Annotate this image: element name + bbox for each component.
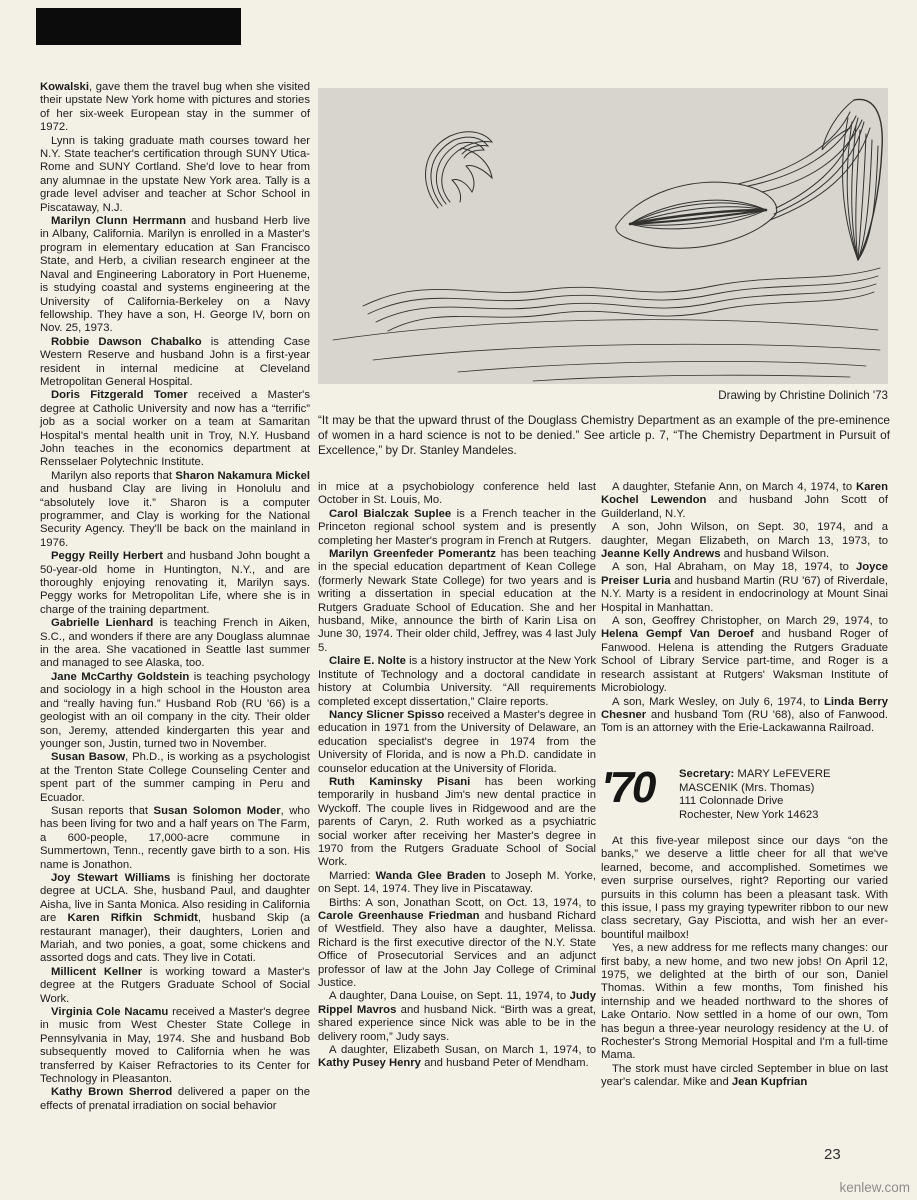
middle-column: in mice at a psychobiology conference he…	[318, 481, 596, 1071]
paragraph: Ruth Kaminsky Pisani has been working te…	[318, 776, 596, 870]
pull-quote: “It may be that the upward thrust of the…	[318, 413, 890, 457]
paragraph: A son, Hal Abraham, on May 18, 1974, to …	[601, 561, 888, 615]
paragraph: Joy Stewart Williams is finishing her do…	[40, 872, 310, 966]
paragraph: Gabrielle Lienhard is teaching French in…	[40, 617, 310, 671]
class-year-heading: '70	[601, 768, 679, 808]
paragraph: Susan reports that Susan Solomon Moder, …	[40, 805, 310, 872]
class-70-section-header: '70 Secretary: MARY LeFEVEREMASCENIK (Mr…	[601, 768, 888, 823]
paragraph: Secretary: MARY LeFEVERE	[679, 768, 831, 782]
paragraph: Kowalski, gave them the travel bug when …	[40, 81, 310, 135]
paragraph: Kathy Brown Sherrod delivered a paper on…	[40, 1086, 310, 1113]
abstract-line-drawing	[318, 88, 888, 384]
artwork-figure	[318, 88, 888, 384]
paragraph: MASCENIK (Mrs. Thomas)	[679, 782, 831, 796]
paragraph: The stork must have circled September in…	[601, 1063, 888, 1090]
paragraph: Nancy Slicner Spisso received a Master's…	[318, 709, 596, 776]
paragraph: A daughter, Dana Louise, on Sept. 11, 19…	[318, 990, 596, 1044]
paragraph: 111 Colonnade Drive	[679, 795, 831, 809]
paragraph: Jane McCarthy Goldstein is teaching psyc…	[40, 671, 310, 751]
paragraph: Rochester, New York 14623	[679, 809, 831, 823]
births-continued: A daughter, Stefanie Ann, on March 4, 19…	[601, 481, 888, 736]
paragraph: Susan Basow, Ph.D., is working as a psyc…	[40, 751, 310, 805]
paragraph: Robbie Dawson Chabalko is attending Case…	[40, 336, 310, 390]
paragraph: in mice at a psychobiology conference he…	[318, 481, 596, 508]
paragraph: At this five-year milepost since our day…	[601, 835, 888, 942]
right-column: A daughter, Stefanie Ann, on March 4, 19…	[601, 481, 888, 1090]
paragraph: Doris Fitzgerald Tomer received a Master…	[40, 389, 310, 469]
artwork-caption: Drawing by Christine Dolinich '73	[318, 389, 888, 402]
watermark: kenlew.com	[839, 1180, 910, 1195]
paragraph: Marilyn Clunn Herrmann and husband Herb …	[40, 215, 310, 336]
page-number: 23	[824, 1146, 841, 1163]
paragraph: Marilyn also reports that Sharon Nakamur…	[40, 470, 310, 550]
left-column: Kowalski, gave them the travel bug when …	[40, 81, 310, 1113]
paragraph: A son, John Wilson, on Sept. 30, 1974, a…	[601, 521, 888, 561]
paragraph: Claire E. Nolte is a history instructor …	[318, 655, 596, 709]
paragraph: Virginia Cole Nacamu received a Master's…	[40, 1006, 310, 1086]
paragraph: Carol Bialczak Suplee is a French teache…	[318, 508, 596, 548]
paragraph: Peggy Reilly Herbert and husband John bo…	[40, 550, 310, 617]
secretary-block: Secretary: MARY LeFEVEREMASCENIK (Mrs. T…	[679, 768, 831, 823]
paragraph: Marilyn Greenfeder Pomerantz has been te…	[318, 548, 596, 655]
paragraph: A daughter, Stefanie Ann, on March 4, 19…	[601, 481, 888, 521]
paragraph: Lynn is taking graduate math courses tow…	[40, 135, 310, 215]
top-black-bar	[36, 8, 241, 45]
paragraph: Millicent Kellner is working toward a Ma…	[40, 966, 310, 1006]
class-70-news: At this five-year milepost since our day…	[601, 835, 888, 1090]
paragraph: Yes, a new address for me reflects many …	[601, 942, 888, 1063]
paragraph: A son, Geoffrey Christopher, on March 29…	[601, 615, 888, 695]
paragraph: Births: A son, Jonathan Scott, on Oct. 1…	[318, 897, 596, 991]
page: { "page": { "number": "23", "watermark":…	[0, 0, 917, 1200]
paragraph: A daughter, Elizabeth Susan, on March 1,…	[318, 1044, 596, 1071]
paragraph: A son, Mark Wesley, on July 6, 1974, to …	[601, 696, 888, 736]
paragraph: Married: Wanda Glee Braden to Joseph M. …	[318, 870, 596, 897]
